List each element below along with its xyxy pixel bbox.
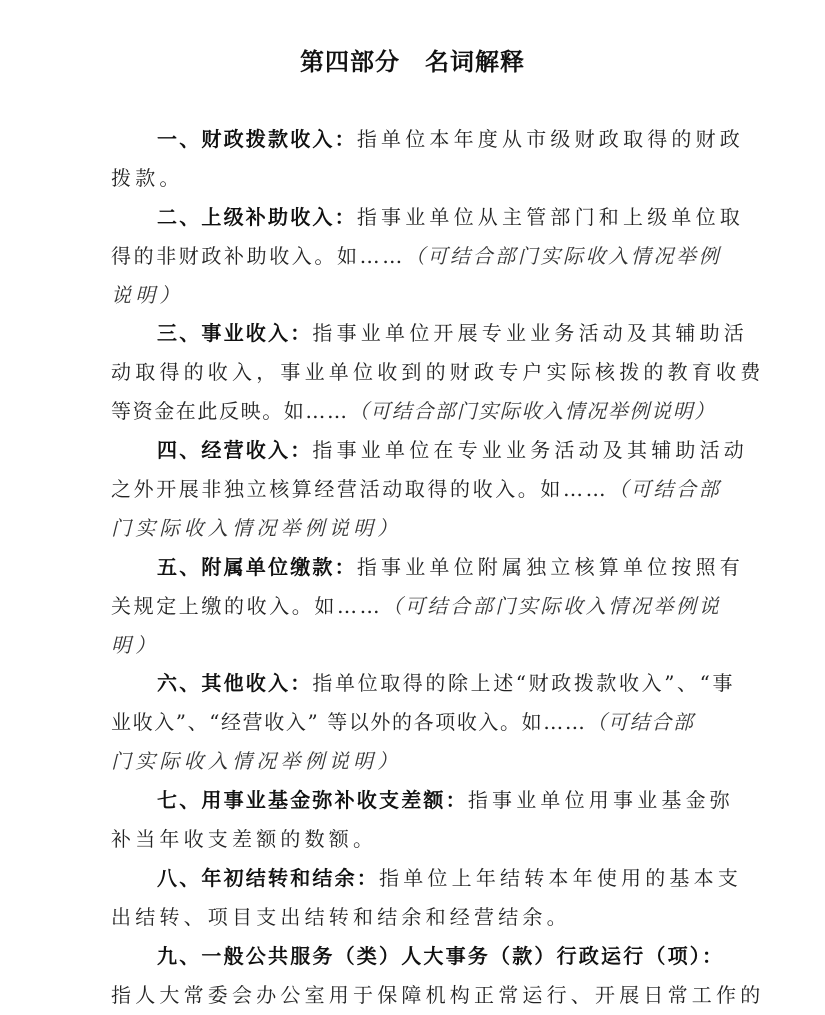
definition-1-line-2: 拨款。 (111, 159, 719, 198)
definition-5-text: 指事业单位附属独立核算单位按照有 (357, 555, 744, 579)
definition-5-line-1: 五、附属单位缴款：指事业单位附属独立核算单位按照有 (111, 548, 719, 587)
definition-7-text-cont: 补当年收支差额的数额。 (111, 827, 377, 851)
definition-4-line-1: 四、经营收入：指事业单位在专业业务活动及其辅助活动 (111, 431, 719, 470)
definition-4-line-2: 之外开展非独立核算经营活动取得的收入。如……（可结合部 (111, 470, 719, 509)
definition-9-term: 一般公共服务（类）人大事务（款）行政运行（项）： (201, 944, 724, 968)
definition-4-text-cont: 之外开展非独立核算经营活动取得的收入。如…… (111, 477, 608, 501)
definition-8-line-2: 出结转、项目支出结转和结余和经营结余。 (111, 898, 719, 937)
definition-2-note-cont: 说明） (111, 283, 184, 307)
definition-3-text-cont2: 等资金在此反映。如…… (111, 399, 349, 423)
definition-2-line-3: 说明） (111, 276, 719, 315)
definition-9-line-1: 九、一般公共服务（类）人大事务（款）行政运行（项）： (111, 937, 719, 976)
definition-6-line-2: 业收入”、“经营收入” 等以外的各项收入。如……（可结合部 (111, 703, 719, 742)
definition-4-text: 指事业单位在专业业务活动及其辅助活动 (312, 438, 748, 462)
definition-8-line-1: 八、年初结转和结余：指单位上年结转本年使用的基本支 (111, 859, 719, 898)
definition-7-number: 七、 (157, 788, 201, 812)
definition-7-line-2: 补当年收支差额的数额。 (111, 820, 719, 859)
definition-3-line-3: 等资金在此反映。如……（可结合部门实际收入情况举例说明） (111, 392, 719, 431)
definitions-body: 一、财政拨款收入：指单位本年度从市级财政取得的财政 拨款。 二、上级补助收入：指… (111, 120, 719, 1014)
definition-6-note: （可结合部 (586, 710, 694, 734)
definition-4-number: 四、 (157, 438, 201, 462)
definition-3-line-1: 三、事业收入：指事业单位开展专业业务活动及其辅助活 (111, 314, 719, 353)
definition-2-note: （可结合部门实际收入情况举例 (405, 244, 721, 268)
definition-6-text: 指单位取得的除上述“财政拨款收入”、“事 (312, 671, 735, 695)
definition-2-line-1: 二、上级补助收入：指事业单位从主管部门和上级单位取 (111, 198, 719, 237)
definition-5-note: （可结合部门实际收入情况举例说 (382, 594, 721, 618)
definition-5-line-3: 明） (111, 626, 719, 665)
definition-3-text: 指事业单位开展专业业务活动及其辅助活 (312, 321, 748, 345)
definition-1-line-1: 一、财政拨款收入：指单位本年度从市级财政取得的财政 (111, 120, 719, 159)
definition-1-text-cont: 拨款。 (111, 166, 184, 190)
definition-1-number: 一、 (157, 127, 201, 151)
definition-2-text: 指事业单位从主管部门和上级单位取 (357, 205, 744, 229)
definition-4-line-3: 门实际收入情况举例说明） (111, 509, 719, 548)
definition-7-line-1: 七、用事业基金弥补收支差额：指事业单位用事业基金弥 (111, 781, 719, 820)
definition-6-term: 其他收入： (201, 671, 312, 695)
definition-2-line-2: 得的非财政补助收入。如……（可结合部门实际收入情况举例 (111, 237, 719, 276)
definition-5-number: 五、 (157, 555, 201, 579)
definition-2-term: 上级补助收入： (201, 205, 356, 229)
page-title: 第四部分 名词解释 (0, 42, 825, 77)
definition-6-line-3: 门实际收入情况举例说明） (111, 742, 719, 781)
definition-3-line-2: 动取得的收入，事业单位收到的财政专户实际核拨的教育收费 (111, 353, 719, 392)
definition-1-term: 财政拨款收入： (201, 127, 356, 151)
definition-7-text: 指事业单位用事业基金弥 (468, 788, 734, 812)
definition-5-note-cont: 明） (111, 633, 159, 657)
definition-9-text: 指人大常委会办公室用于保障机构正常运行、开展日常工作的 (111, 983, 764, 1007)
definition-6-text-cont: 业收入”、“经营收入” 等以外的各项收入。如…… (111, 710, 586, 734)
document-page: 第四部分 名词解释 一、财政拨款收入：指单位本年度从市级财政取得的财政 拨款。 … (0, 0, 825, 1015)
definition-4-note-cont: 门实际收入情况举例说明） (111, 516, 401, 540)
definition-6-note-cont: 门实际收入情况举例说明） (111, 749, 401, 773)
definition-5-line-2: 关规定上缴的收入。如……（可结合部门实际收入情况举例说 (111, 587, 719, 626)
definition-1-text: 指单位本年度从市级财政取得的财政 (357, 127, 744, 151)
definition-3-term: 事业收入： (201, 321, 312, 345)
definition-9-line-2: 指人大常委会办公室用于保障机构正常运行、开展日常工作的 (111, 976, 719, 1015)
definition-8-number: 八、 (157, 866, 201, 890)
definition-5-term: 附属单位缴款： (201, 555, 356, 579)
definition-3-number: 三、 (157, 321, 201, 345)
definition-6-line-1: 六、其他收入：指单位取得的除上述“财政拨款收入”、“事 (111, 664, 719, 703)
definition-8-text-cont: 出结转、项目支出结转和结余和经营结余。 (111, 905, 571, 929)
definition-6-number: 六、 (157, 671, 201, 695)
definition-4-term: 经营收入： (201, 438, 312, 462)
definition-8-text: 指单位上年结转本年使用的基本支 (379, 866, 742, 890)
definition-5-text-cont: 关规定上缴的收入。如…… (111, 594, 382, 618)
definition-9-number: 九、 (157, 944, 201, 968)
definition-2-number: 二、 (157, 205, 201, 229)
definition-7-term: 用事业基金弥补收支差额： (201, 788, 467, 812)
definition-2-text-cont: 得的非财政补助收入。如…… (111, 244, 405, 268)
definition-4-note: （可结合部 (608, 477, 721, 501)
definition-3-note: （可结合部门实际收入情况举例说明） (349, 399, 716, 423)
definition-8-term: 年初结转和结余： (201, 866, 379, 890)
definition-3-text-cont: 动取得的收入，事业单位收到的财政专户实际核拨的教育收费 (111, 360, 764, 384)
